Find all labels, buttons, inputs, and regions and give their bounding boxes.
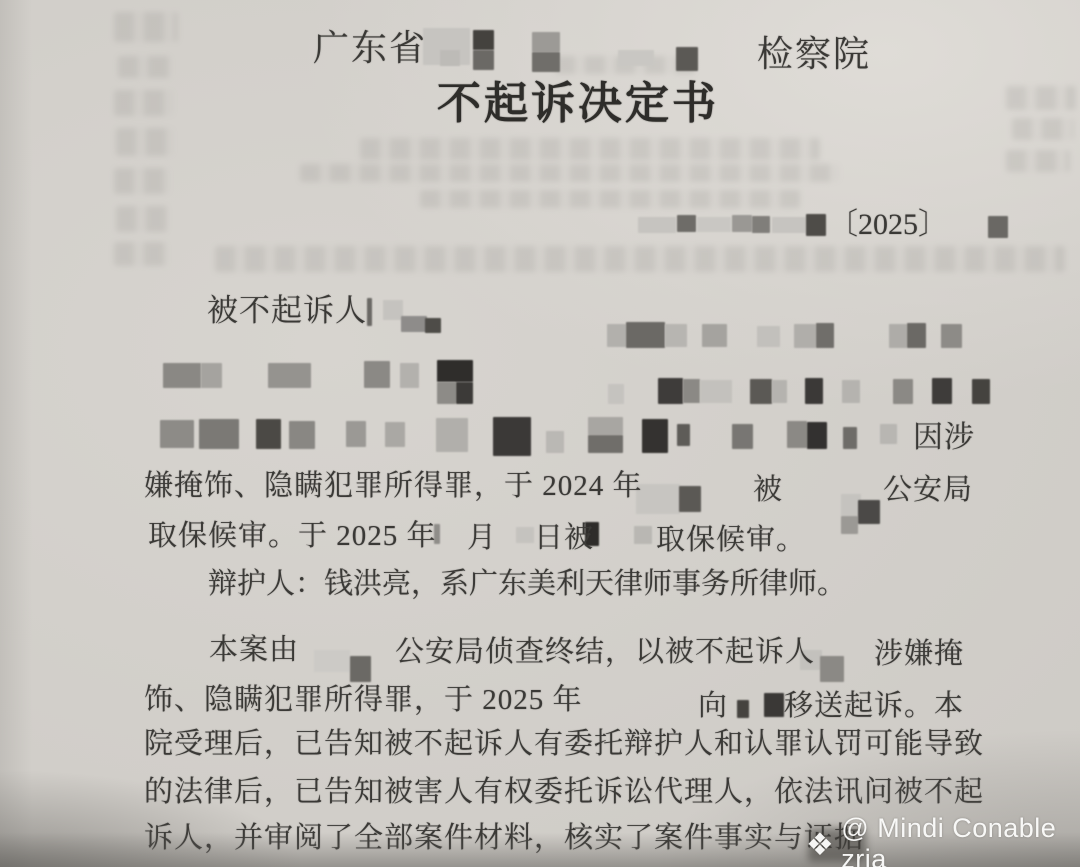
mosaic-tail-text: 因涉	[913, 419, 975, 457]
party-label: 被不起诉人	[207, 292, 367, 331]
body-line5-c: 移送起诉。本	[784, 688, 964, 724]
body-line2-c: 日被	[534, 520, 594, 556]
body-line1-c: 公安局	[883, 472, 973, 508]
body-line1-b: 被	[753, 472, 783, 508]
watermark: ❖ @ Mindi Conable zria	[806, 824, 1080, 864]
body-line4-a: 本案由	[209, 632, 299, 668]
body-line1-a: 嫌掩饰、隐瞒犯罪所得罪，于 2024 年	[144, 468, 643, 504]
body-line8: 诉人，并审阅了全部案件材料，核实了案件事实与证据	[144, 820, 864, 856]
header-org-right: 检察院	[757, 32, 871, 77]
body-line4-c: 涉嫌掩	[874, 636, 964, 672]
body-line4-b: 公安局侦查终结，以被不起诉人	[395, 634, 815, 670]
watermark-text: @ Mindi Conable zria	[841, 813, 1080, 867]
document-photo: 广东省 检察院 不起诉决定书 〔2025〕 被不起诉人 因涉 嫌掩饰、隐瞒犯罪所…	[0, 0, 1080, 867]
defender-line: 辩护人：钱洪亮，系广东美利天律师事务所律师。	[208, 566, 846, 602]
document-text-layer: 广东省 检察院 不起诉决定书 〔2025〕 被不起诉人 因涉 嫌掩饰、隐瞒犯罪所…	[0, 0, 1080, 867]
body-line2-b: 月	[467, 520, 497, 556]
watermark-logo-icon: ❖	[806, 829, 834, 860]
body-line5-a: 饰、隐瞒犯罪所得罪，于 2025 年	[144, 682, 583, 718]
body-line2-a: 取保候审。于 2025 年	[148, 518, 437, 554]
body-line6: 院受理后，已告知被不起诉人有委托辩护人和认罪认罚可能导致	[144, 726, 984, 762]
header-org-left: 广东省	[313, 26, 427, 71]
body-line7: 的法律后，已告知被害人有权委托诉讼代理人，依法讯问被不起	[144, 774, 984, 810]
body-line5-b: 向	[698, 688, 728, 724]
doc-number-year: 〔2025〕	[828, 206, 948, 244]
page-title: 不起诉决定书	[437, 76, 719, 131]
body-line2-d: 取保候审。	[656, 522, 806, 558]
